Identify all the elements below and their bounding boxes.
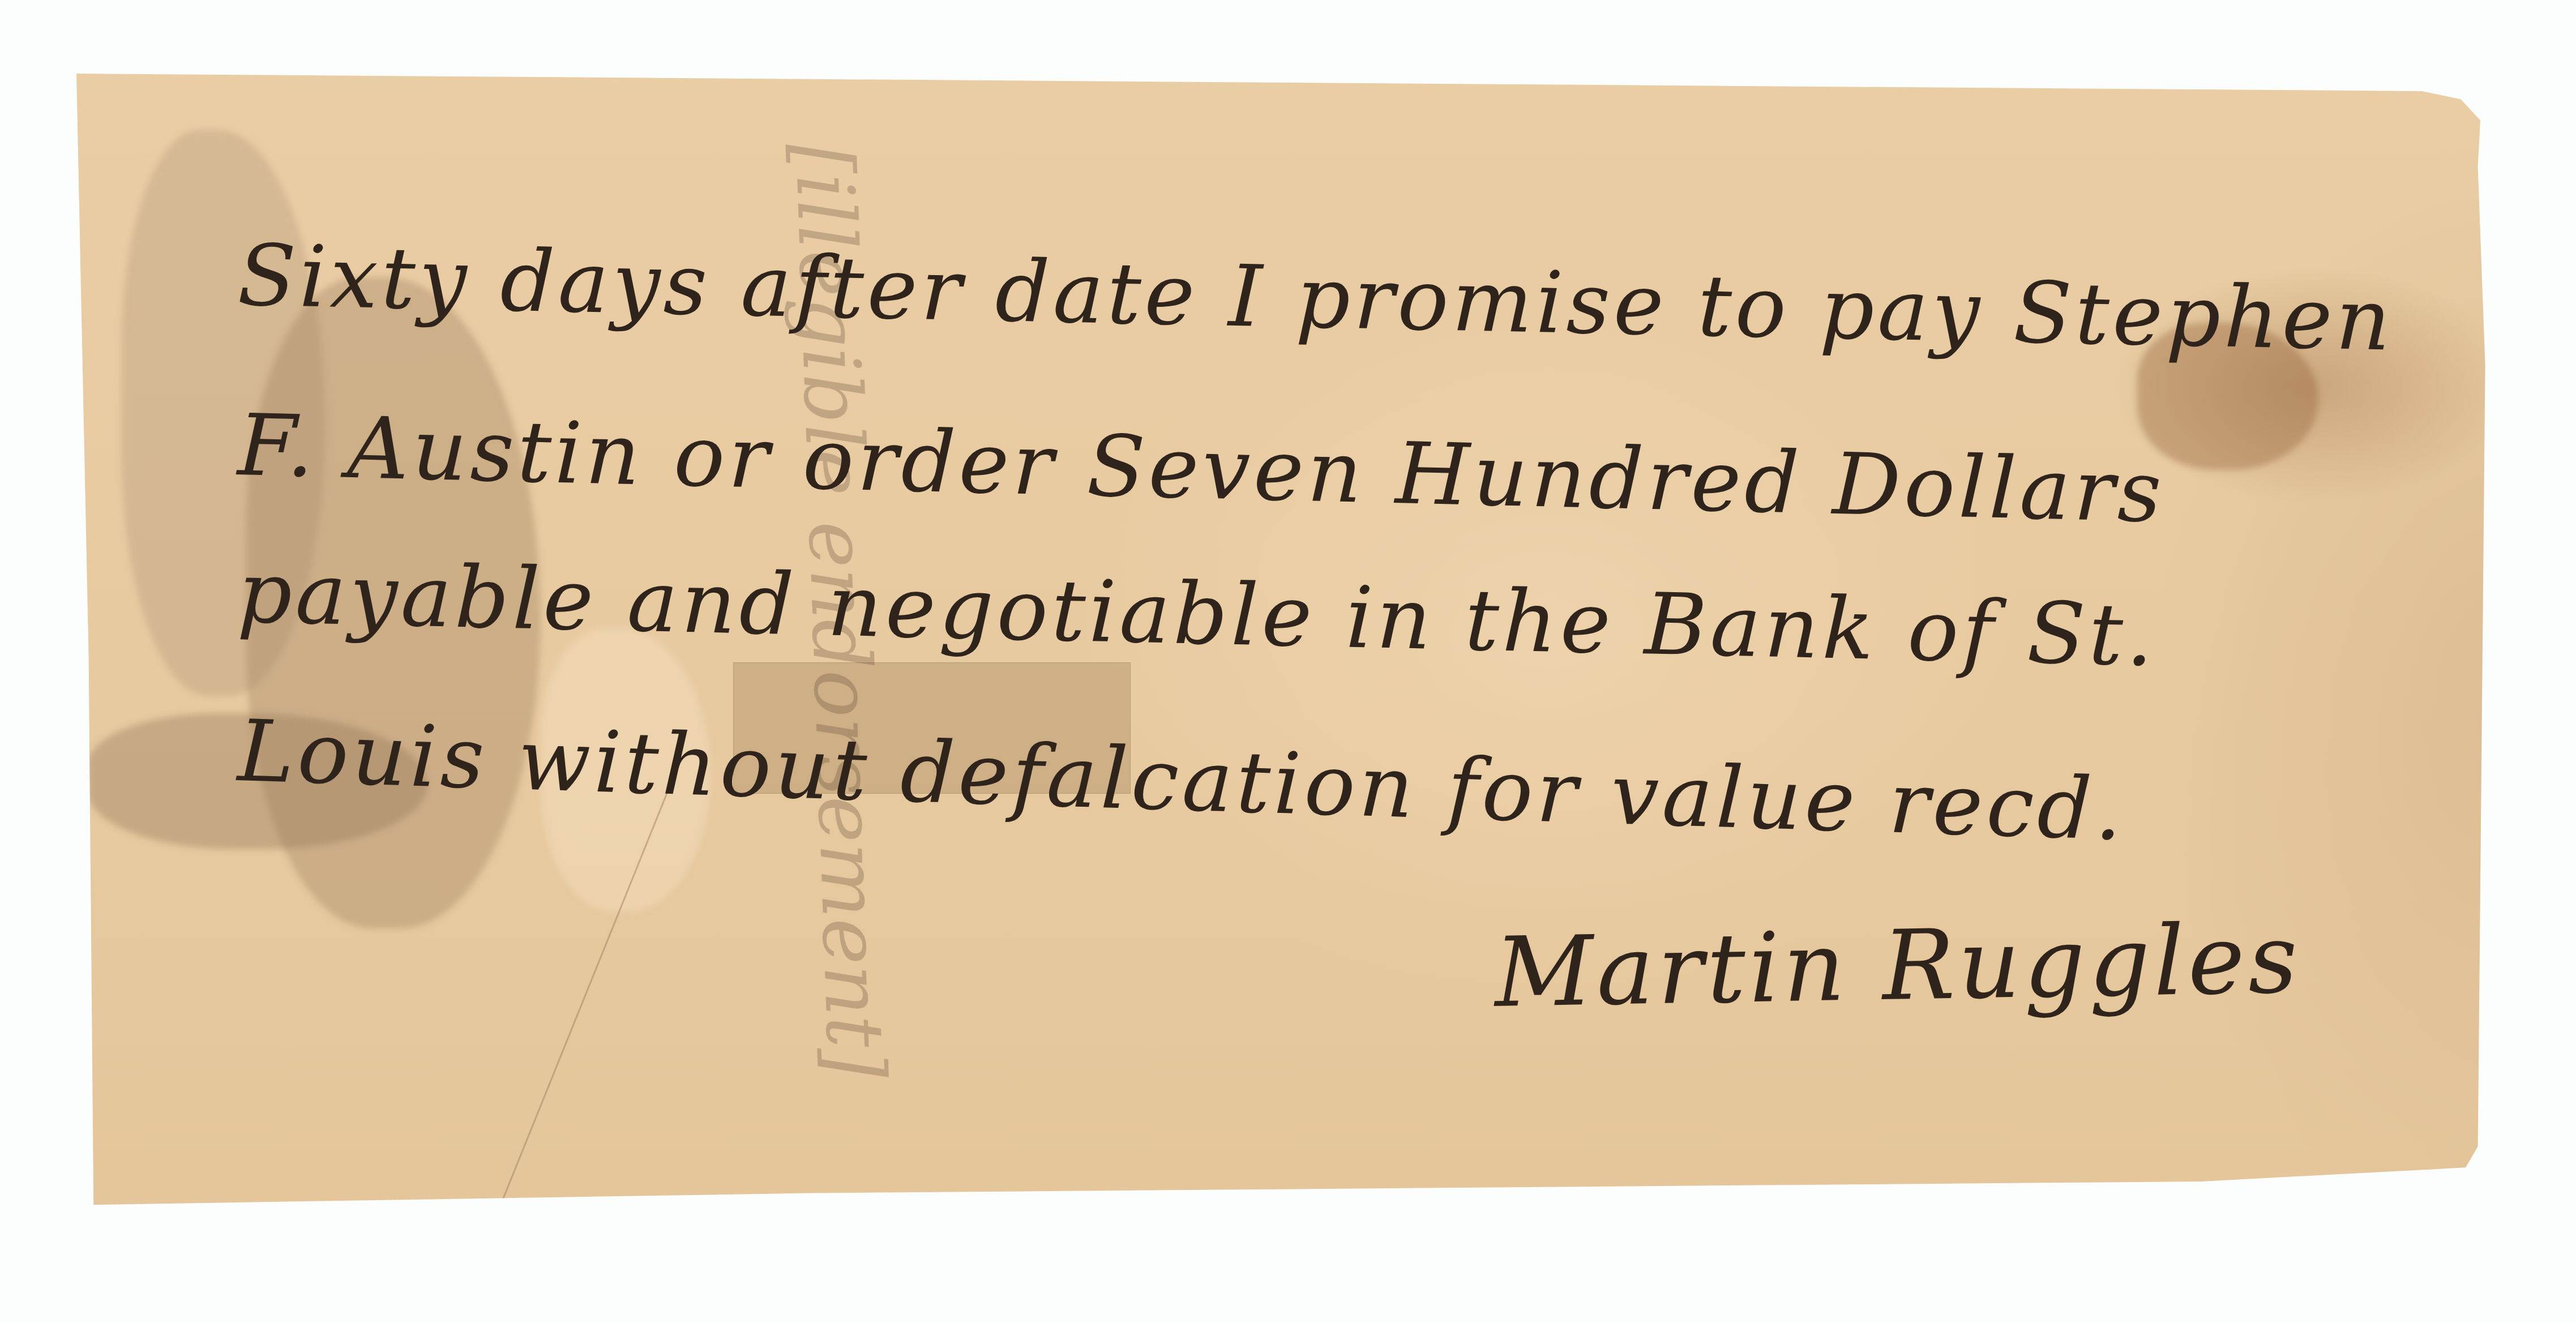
signature: Martin Ruggles — [1494, 903, 2301, 1029]
